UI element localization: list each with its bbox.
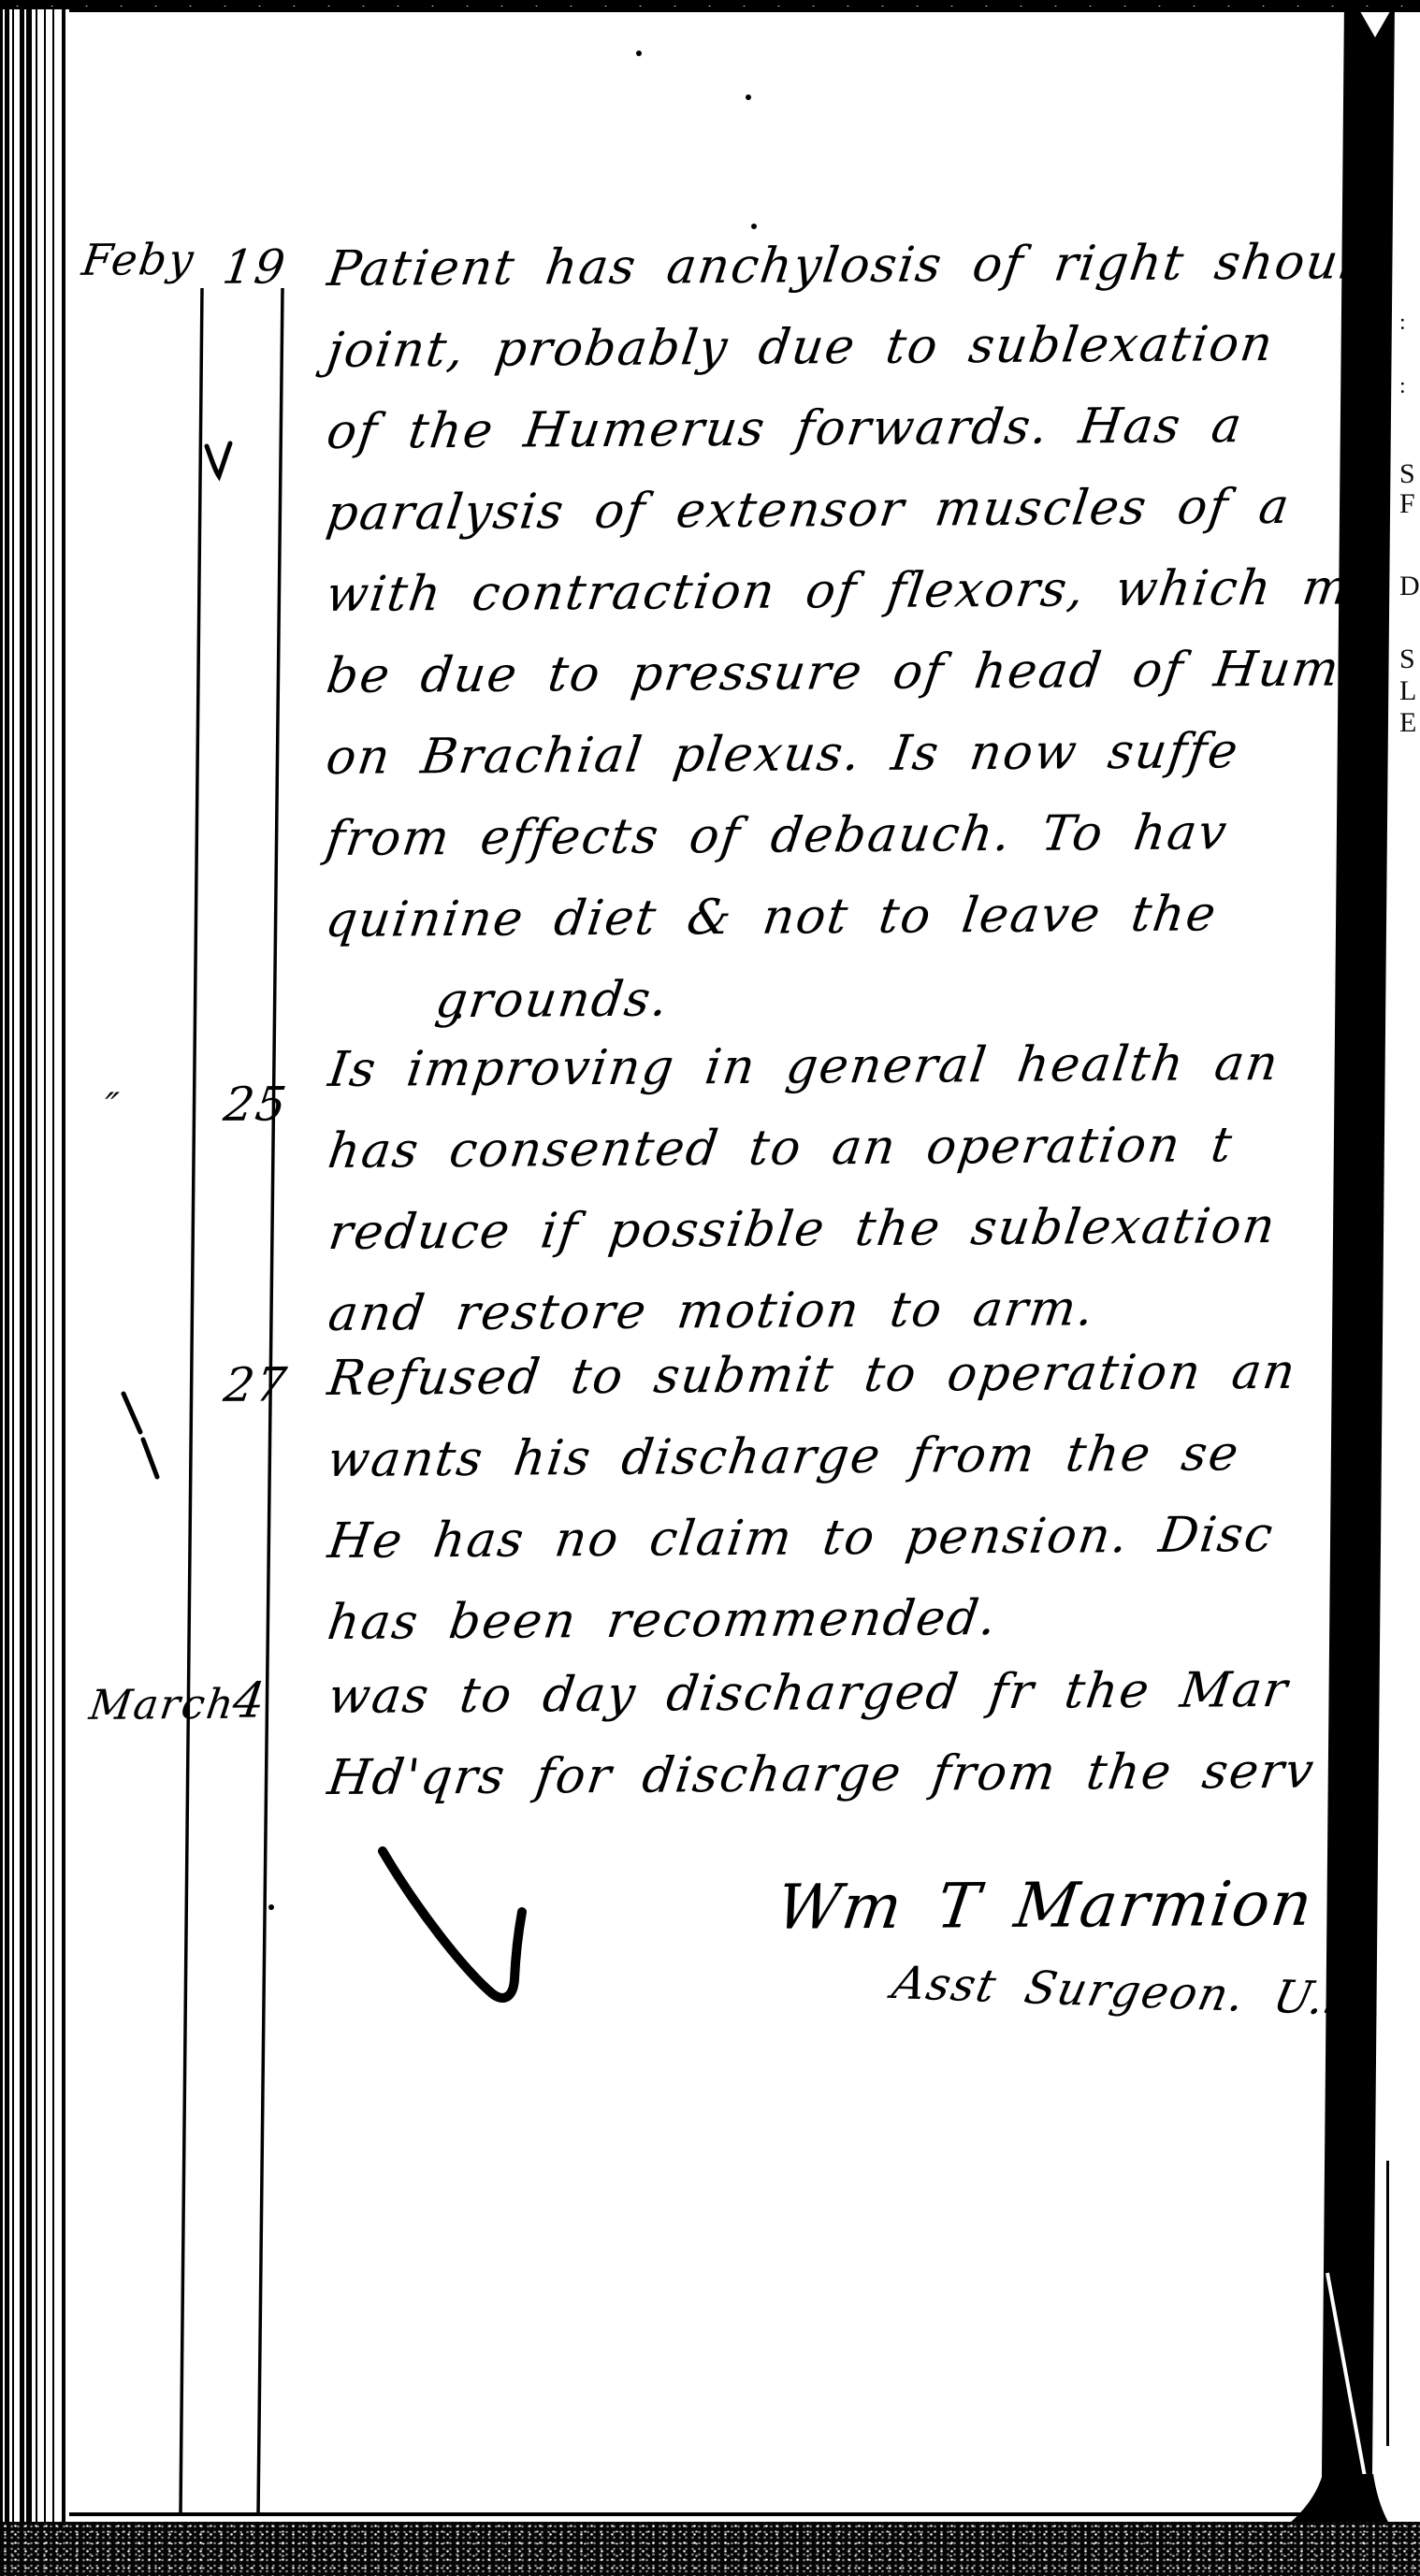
edge-letter-fragment: L — [1399, 675, 1416, 707]
facing-page-rule — [1386, 2161, 1389, 2446]
edge-letter-fragment: : — [1399, 374, 1406, 399]
edge-letter-fragment: E — [1399, 707, 1416, 739]
top-edge-band — [0, 0, 1420, 12]
edge-letter-fragment: F — [1399, 488, 1415, 520]
scanned-journal-page: Feby 19 Patient has anchylosis of right … — [0, 0, 1420, 2576]
edge-letter-fragment: S — [1399, 644, 1415, 675]
edge-letter-fragment: : — [1399, 311, 1406, 336]
edge-letter-fragment: D — [1399, 571, 1420, 602]
binding-edge — [0, 9, 69, 2576]
bottom-edge-band — [0, 2522, 1420, 2576]
edge-letter-fragment: S — [1399, 458, 1415, 490]
page-gutter — [0, 0, 1420, 2576]
